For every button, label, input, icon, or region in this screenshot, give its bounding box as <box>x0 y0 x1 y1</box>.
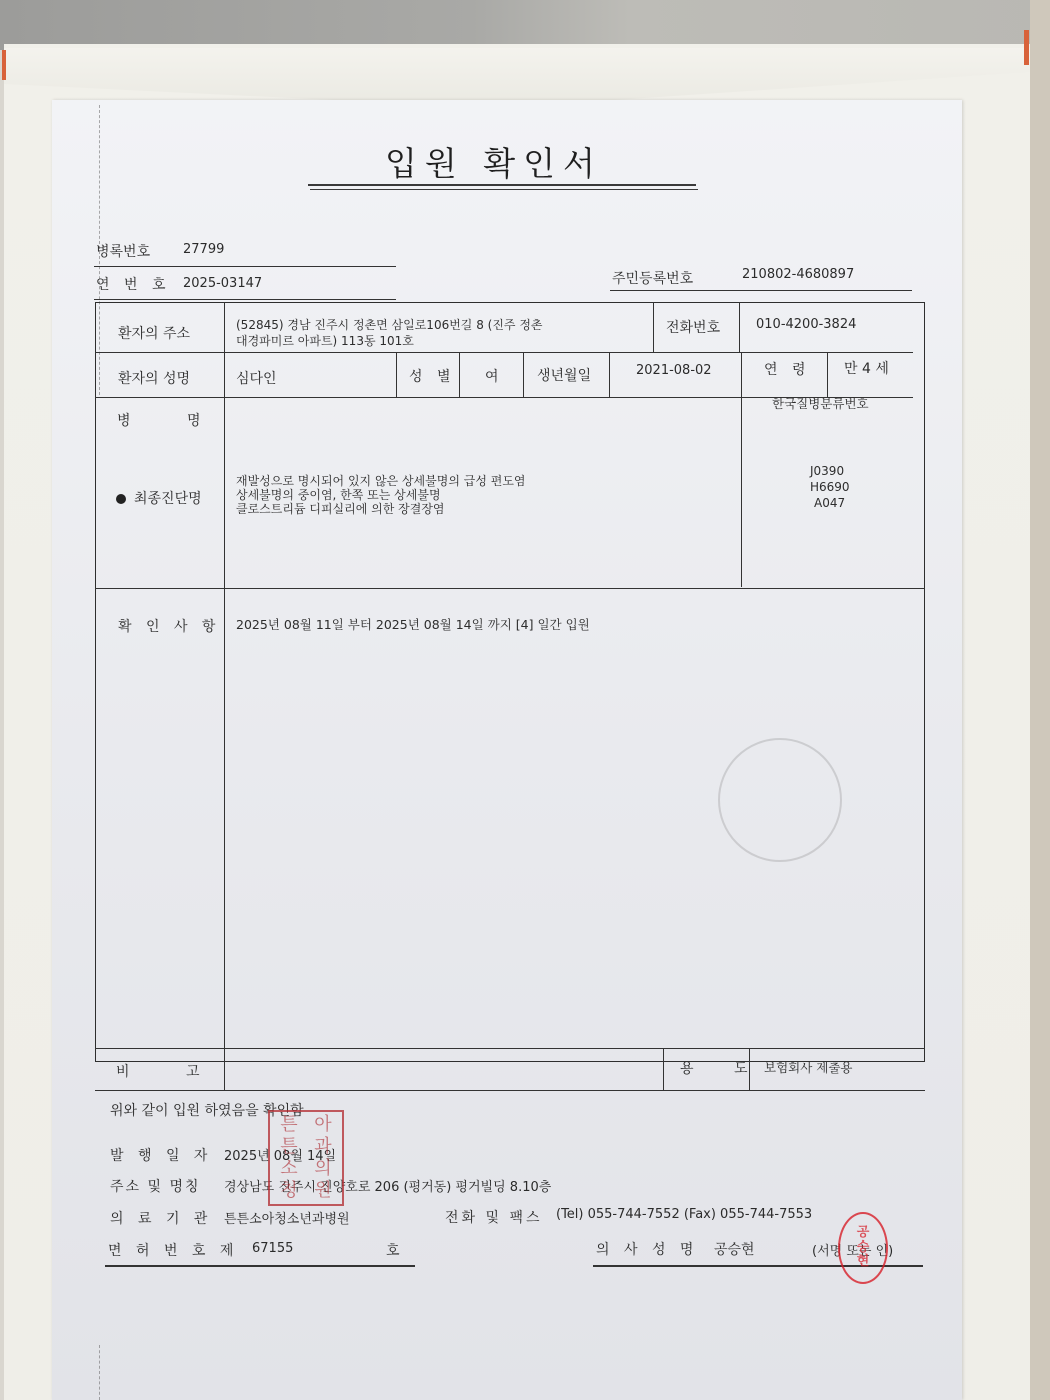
institution-address-label: 주소 및 명칭 <box>110 1176 201 1196</box>
contact-label: 전화 및 팩스 <box>445 1207 543 1227</box>
license-suffix: 호 <box>386 1240 400 1260</box>
institution-label: 의 료 기 관 <box>110 1208 212 1228</box>
divider <box>94 299 396 300</box>
seal-char: 청 <box>272 1182 306 1200</box>
remarks-label-part-1: 비 <box>116 1061 130 1081</box>
page-title: 입원 확인서 <box>385 138 603 185</box>
serial-number-value: 2025-03147 <box>183 276 262 291</box>
row-divider <box>95 588 925 589</box>
address-label: 환자의 주소 <box>118 323 190 343</box>
resident-number-label: 주민등록번호 <box>612 268 693 288</box>
sex-value: 여 <box>485 366 499 386</box>
final-diagnosis-text: 최종진단명 <box>134 491 202 507</box>
dob-value: 2021-08-02 <box>636 363 712 378</box>
envelope-edge <box>1024 30 1029 65</box>
address-line-1: (52845) 경남 진주시 정촌면 삼일로106번길 8 (진주 정촌 <box>236 316 543 333</box>
kcd-code-label: 한국질병분류번호 <box>772 394 869 412</box>
column-divider <box>739 302 740 352</box>
final-diagnosis-label: 최종진단명 <box>116 488 202 508</box>
divider <box>610 290 912 291</box>
doctor-seal-stamp: 공 승 현 <box>838 1212 888 1284</box>
column-divider <box>523 352 524 397</box>
serial-number-label: 연 번 호 <box>96 274 170 294</box>
row-divider <box>95 352 913 353</box>
age-value: 만 4 세 <box>844 358 889 378</box>
sex-label: 성 별 <box>409 366 456 386</box>
patient-name-label: 환자의 성명 <box>118 368 190 388</box>
seal-char: 원 <box>306 1182 340 1200</box>
remarks-label-part-2: 고 <box>186 1061 200 1081</box>
divider <box>94 266 396 267</box>
bullet-icon <box>116 494 126 504</box>
license-number: 67155 <box>252 1241 293 1256</box>
row-divider <box>95 1090 925 1091</box>
background-surface <box>0 0 1050 50</box>
title-underline <box>310 189 698 190</box>
seal-char: 튼 <box>272 1116 306 1134</box>
column-divider <box>827 352 828 397</box>
record-number-label: 병록번호 <box>96 241 150 261</box>
seal-char: 현 <box>857 1255 870 1270</box>
seal-char: 공 <box>857 1226 870 1241</box>
seal-char: 튼 <box>272 1138 306 1156</box>
title-underline <box>308 184 696 186</box>
doctor-name-value: 공승현 <box>714 1239 755 1259</box>
column-divider <box>459 352 460 397</box>
admission-details-table <box>95 302 925 1062</box>
confirmation-label: 확 인 사 항 <box>118 616 220 636</box>
disease-label-part-1: 병 <box>117 410 131 430</box>
purpose-label: 용 도 <box>680 1058 766 1078</box>
institution-seal-stamp: 튼 아 튼 과 소 의 청 원 <box>268 1110 344 1206</box>
column-divider <box>224 302 225 1090</box>
column-divider <box>396 352 397 397</box>
envelope-edge <box>2 50 6 80</box>
resident-number-value: 210802-4680897 <box>742 267 854 282</box>
phone-value: 010-4200-3824 <box>756 317 856 332</box>
diagnosis-code: A047 <box>814 496 845 510</box>
dob-label: 생년월일 <box>537 365 591 385</box>
contact-value: (Tel) 055-744-7552 (Fax) 055-744-7553 <box>556 1207 812 1222</box>
record-number-value: 27799 <box>183 242 224 257</box>
issue-date-label: 발 행 일 자 <box>110 1145 212 1165</box>
row-divider <box>95 1048 925 1049</box>
seal-char: 의 <box>306 1160 340 1178</box>
column-divider <box>741 352 742 587</box>
diagnosis-item: 클로스트리듐 디피실리에 의한 장결장염 <box>236 500 445 517</box>
patient-name-value: 심다인 <box>236 368 277 388</box>
column-divider <box>653 302 654 352</box>
margin-mark <box>99 1345 100 1400</box>
seal-char: 과 <box>306 1138 340 1156</box>
column-divider <box>609 352 610 397</box>
doctor-name-label: 의 사 성 명 <box>596 1239 698 1259</box>
license-label: 면 허 번 호 제 <box>108 1240 238 1260</box>
address-line-2: 대경파미르 아파트) 113동 101호 <box>236 332 414 349</box>
seal-char: 아 <box>306 1116 340 1134</box>
admission-period: 2025년 08월 11일 부터 2025년 08월 14일 까지 [4] 일간… <box>236 615 590 633</box>
diagnosis-code: J0390 <box>810 464 844 478</box>
diagnosis-code: H6690 <box>810 480 850 494</box>
signature-underline <box>105 1265 415 1267</box>
seal-char: 소 <box>272 1160 306 1178</box>
disease-label-part-2: 명 <box>187 410 201 430</box>
institution-name: 튼튼소아청소년과병원 <box>224 1208 350 1227</box>
purpose-value: 보험회사 제출용 <box>764 1058 853 1076</box>
phone-label: 전화번호 <box>666 317 720 337</box>
background-edge <box>1030 0 1050 1400</box>
column-divider <box>663 1048 664 1090</box>
age-label: 연 령 <box>764 359 811 379</box>
